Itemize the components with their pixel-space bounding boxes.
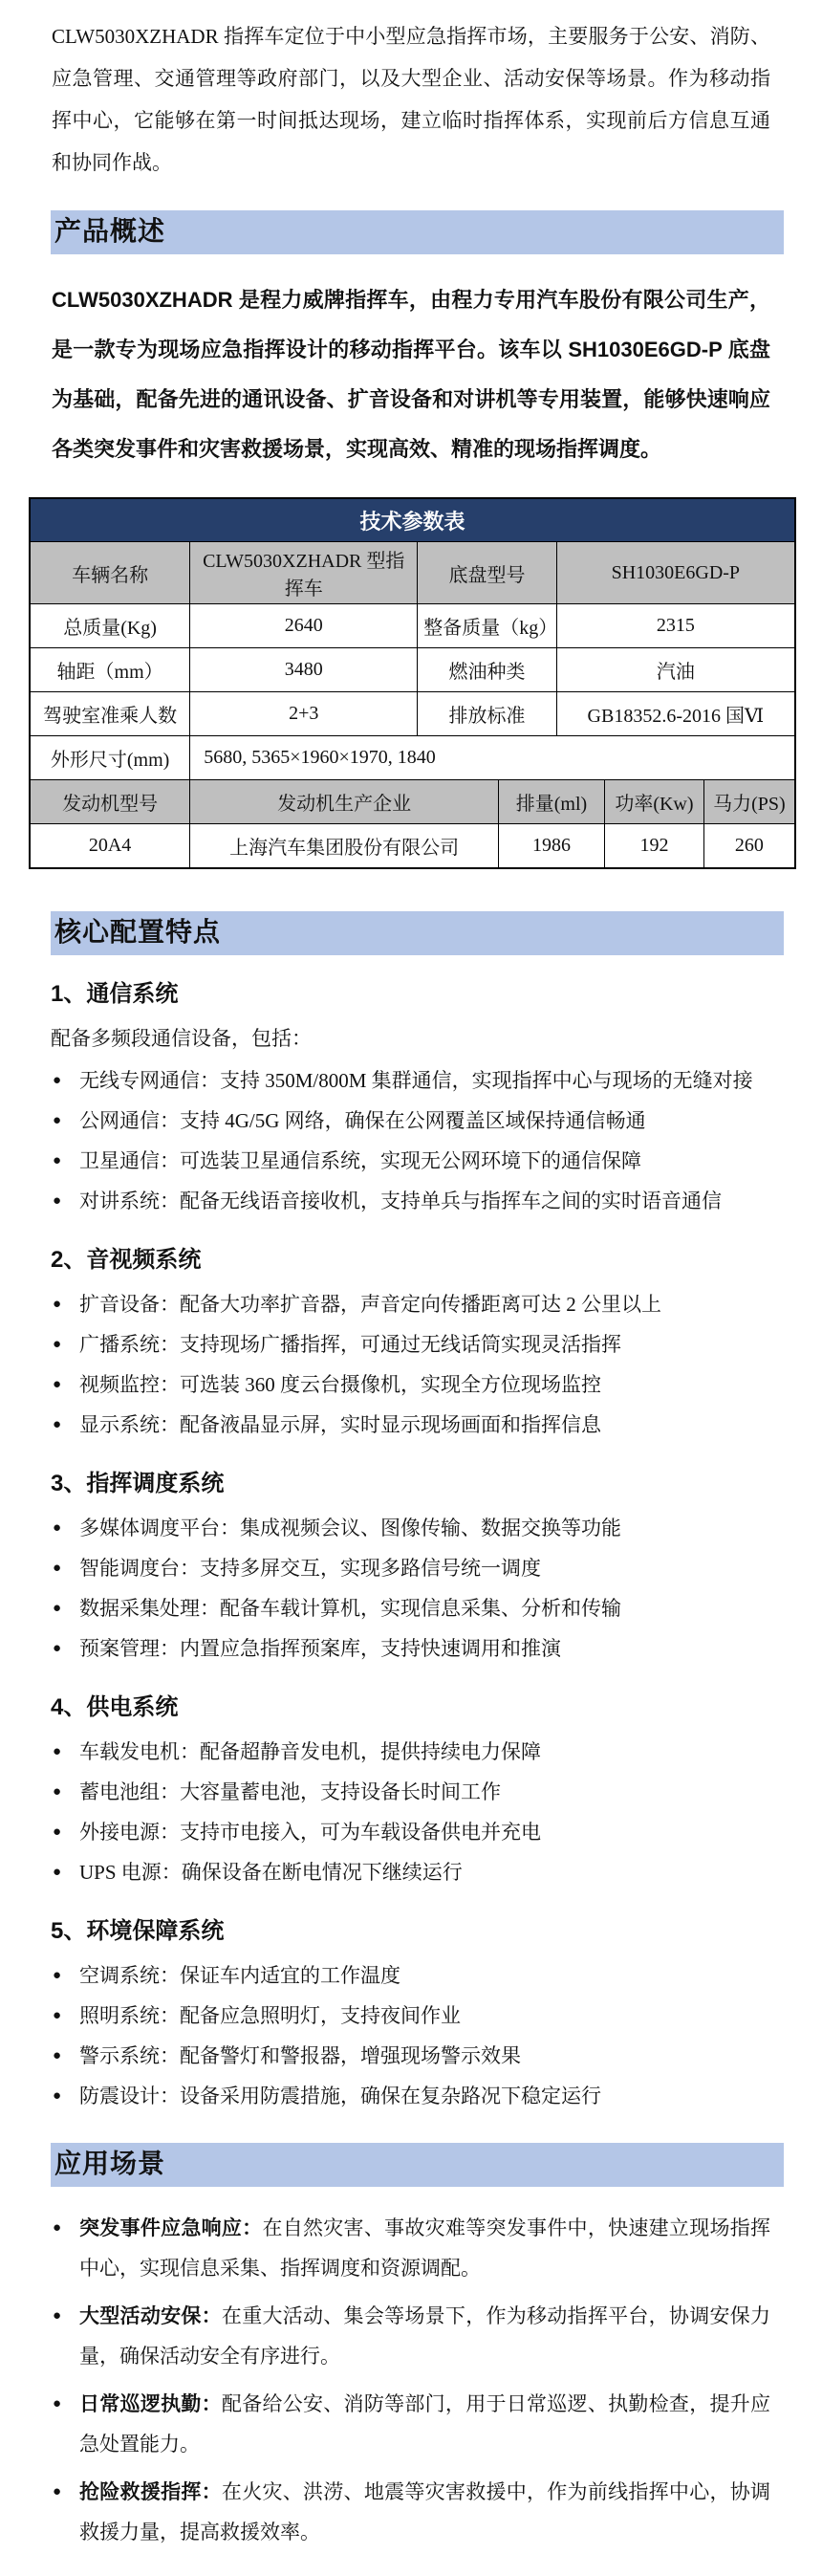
bullet-icon: ● xyxy=(53,1405,79,1445)
feature-bullet: ●预案管理：内置应急指挥预案库，支持快速调用和推演 xyxy=(53,1628,770,1669)
bullet-icon: ● xyxy=(53,1548,79,1588)
bullet-icon: ● xyxy=(53,1588,79,1628)
feature-bullet-text: 无线专网通信：支持 350M/800M 集群通信，实现指挥中心与现场的无缝对接 xyxy=(79,1060,770,1101)
spec-cell: 排放标准 xyxy=(417,692,555,735)
feature-bullet: ●车载发电机：配备超静音发电机，提供持续电力保障 xyxy=(53,1732,770,1772)
overview-paragraph: CLW5030XZHADR 是程力威牌指挥车，由程力专用汽车股份有限公司生产，是… xyxy=(52,275,770,474)
bullet-icon: ● xyxy=(53,1324,79,1364)
application-item: ●日常巡逻执勤：配备给公安、消防等部门，用于日常巡逻、执勤检查，提升应急处置能力… xyxy=(53,2384,770,2464)
spec-cell: 驾驶室准乘人数 xyxy=(31,692,189,735)
spec-cell: 整备质量（kg） xyxy=(417,604,555,647)
spec-cell: 5680, 5365×1960×1970, 1840 xyxy=(189,736,794,779)
feature-bullet: ●对讲系统：配备无线语音接收机，支持单兵与指挥车之间的实时语音通信 xyxy=(53,1181,770,1221)
feature-bullet: ●智能调度台：支持多屏交互，实现多路信号统一调度 xyxy=(53,1548,770,1588)
feature-bullet: ●照明系统：配备应急照明灯，支持夜间作业 xyxy=(53,1996,770,2036)
spec-cell: 外形尺寸(mm) xyxy=(31,736,189,779)
feature-group-heading: 3、指挥调度系统 xyxy=(51,1468,770,1500)
feature-group-heading: 1、通信系统 xyxy=(51,978,770,1011)
bullet-icon: ● xyxy=(53,1060,79,1101)
bullet-icon: ● xyxy=(53,2472,79,2552)
spec-cell: 260 xyxy=(703,824,794,867)
feature-group-heading: 5、环境保障系统 xyxy=(51,1915,770,1948)
spec-cell: 2315 xyxy=(556,604,794,647)
section-header-overview: 产品概述 xyxy=(51,210,784,254)
spec-cell: 功率(Kw) xyxy=(604,780,703,823)
spec-cell: 3480 xyxy=(189,648,417,691)
spec-table: 技术参数表 车辆名称CLW5030XZHADR 型指挥车底盘型号SH1030E6… xyxy=(29,497,796,869)
bullet-icon: ● xyxy=(53,1628,79,1669)
feature-bullet-text: 视频监控：可选装 360 度云台摄像机，实现全方位现场监控 xyxy=(79,1364,770,1405)
spec-table-rows: 车辆名称CLW5030XZHADR 型指挥车底盘型号SH1030E6GD-P总质… xyxy=(31,542,794,867)
feature-group: 2、音视频系统●扩音设备：配备大功率扩音器，声音定向传播距离可达 2 公里以上●… xyxy=(0,1244,822,1445)
feature-bullet-text: 车载发电机：配备超静音发电机，提供持续电力保障 xyxy=(79,1732,770,1772)
feature-bullet: ●警示系统：配备警灯和警报器，增强现场警示效果 xyxy=(53,2036,770,2076)
feature-group-heading: 2、音视频系统 xyxy=(51,1244,770,1277)
feature-bullet: ●防震设计：设备采用防震措施，确保在复杂路况下稳定运行 xyxy=(53,2076,770,2116)
feature-bullet-text: 卫星通信：可选装卫星通信系统，实现无公网环境下的通信保障 xyxy=(79,1141,770,1181)
application-item-text: 抢险救援指挥：在火灾、洪涝、地震等灾害救援中，作为前线指挥中心，协调救援力量，提… xyxy=(79,2472,770,2552)
feature-bullet-text: 预案管理：内置应急指挥预案库，支持快速调用和推演 xyxy=(79,1628,770,1669)
feature-bullet-text: 蓄电池组：大容量蓄电池，支持设备长时间工作 xyxy=(79,1772,770,1812)
feature-groups: 1、通信系统配备多频段通信设备，包括：●无线专网通信：支持 350M/800M … xyxy=(0,978,822,2116)
bullet-icon: ● xyxy=(53,1732,79,1772)
application-item-text: 日常巡逻执勤：配备给公安、消防等部门，用于日常巡逻、执勤检查，提升应急处置能力。 xyxy=(79,2384,770,2464)
spec-cell: 汽油 xyxy=(556,648,794,691)
application-item-text: 突发事件应急响应：在自然灾害、事故灾难等突发事件中，快速建立现场指挥中心，实现信… xyxy=(79,2208,770,2288)
bullet-icon: ● xyxy=(53,1996,79,2036)
application-item: ●突发事件应急响应：在自然灾害、事故灾难等突发事件中，快速建立现场指挥中心，实现… xyxy=(53,2208,770,2288)
feature-bullet: ●广播系统：支持现场广播指挥，可通过无线话筒实现灵活指挥 xyxy=(53,1324,770,1364)
feature-bullet-text: 数据采集处理：配备车载计算机，实现信息采集、分析和传输 xyxy=(79,1588,770,1628)
spec-row: 车辆名称CLW5030XZHADR 型指挥车底盘型号SH1030E6GD-P xyxy=(31,542,794,603)
feature-bullet: ●UPS 电源：确保设备在断电情况下继续运行 xyxy=(53,1852,770,1892)
spec-cell: 排量(ml) xyxy=(498,780,604,823)
bullet-icon: ● xyxy=(53,1101,79,1141)
feature-bullet: ●数据采集处理：配备车载计算机，实现信息采集、分析和传输 xyxy=(53,1588,770,1628)
application-label: 抢险救援指挥： xyxy=(79,2480,222,2503)
feature-bullet: ●蓄电池组：大容量蓄电池，支持设备长时间工作 xyxy=(53,1772,770,1812)
feature-bullet-text: 外接电源：支持市电接入，可为车载设备供电并充电 xyxy=(79,1812,770,1852)
feature-group: 4、供电系统●车载发电机：配备超静音发电机，提供持续电力保障●蓄电池组：大容量蓄… xyxy=(0,1692,822,1892)
feature-bullet-text: 空调系统：保证车内适宜的工作温度 xyxy=(79,1955,770,1996)
bullet-icon: ● xyxy=(53,1955,79,1996)
feature-group-lead: 配备多频段通信设备，包括： xyxy=(51,1018,770,1059)
spec-cell: 2+3 xyxy=(189,692,417,735)
feature-bullet: ●多媒体调度平台：集成视频会议、图像传输、数据交换等功能 xyxy=(53,1508,770,1548)
feature-bullet: ●外接电源：支持市电接入，可为车载设备供电并充电 xyxy=(53,1812,770,1852)
page: { "intro": "CLW5030XZHADR 指挥车定位于中小型应急指挥市… xyxy=(0,15,822,2576)
feature-bullet-text: 广播系统：支持现场广播指挥，可通过无线话筒实现灵活指挥 xyxy=(79,1324,770,1364)
application-label: 日常巡逻执勤： xyxy=(79,2392,222,2415)
application-item-text: 大型活动安保：在重大活动、集会等场景下，作为移动指挥平台，协调安保力量，确保活动… xyxy=(79,2296,770,2376)
spec-cell: 1986 xyxy=(498,824,604,867)
spec-cell: 燃油种类 xyxy=(417,648,555,691)
feature-bullet: ●卫星通信：可选装卫星通信系统，实现无公网环境下的通信保障 xyxy=(53,1141,770,1181)
bullet-icon: ● xyxy=(53,2296,79,2376)
application-items: ●突发事件应急响应：在自然灾害、事故灾难等突发事件中，快速建立现场指挥中心，实现… xyxy=(0,2208,822,2552)
spec-row: 轴距（mm）3480燃油种类汽油 xyxy=(31,647,794,691)
bullet-icon: ● xyxy=(53,1772,79,1812)
spec-cell: 20A4 xyxy=(31,824,189,867)
feature-bullet-text: 公网通信：支持 4G/5G 网络，确保在公网覆盖区域保持通信畅通 xyxy=(79,1101,770,1141)
section-header-applications: 应用场景 xyxy=(51,2143,784,2187)
feature-bullet: ●扩音设备：配备大功率扩音器，声音定向传播距离可达 2 公里以上 xyxy=(53,1284,770,1324)
bullet-icon: ● xyxy=(53,1181,79,1221)
spec-row: 总质量(Kg)2640整备质量（kg）2315 xyxy=(31,603,794,647)
application-label: 突发事件应急响应： xyxy=(79,2216,262,2239)
feature-bullet-text: 照明系统：配备应急照明灯，支持夜间作业 xyxy=(79,1996,770,2036)
spec-row: 发动机型号发动机生产企业排量(ml)功率(Kw)马力(PS) xyxy=(31,779,794,823)
spec-cell: 马力(PS) xyxy=(703,780,794,823)
section-header-features: 核心配置特点 xyxy=(51,911,784,955)
bullet-icon: ● xyxy=(53,2208,79,2288)
feature-group-heading: 4、供电系统 xyxy=(51,1692,770,1724)
spec-cell: 2640 xyxy=(189,604,417,647)
application-item: ●大型活动安保：在重大活动、集会等场景下，作为移动指挥平台，协调安保力量，确保活… xyxy=(53,2296,770,2376)
feature-bullet-text: 防震设计：设备采用防震措施，确保在复杂路况下稳定运行 xyxy=(79,2076,770,2116)
intro-paragraph: CLW5030XZHADR 指挥车定位于中小型应急指挥市场，主要服务于公安、消防… xyxy=(52,15,770,184)
spec-row: 驾驶室准乘人数2+3排放标准GB18352.6-2016 国Ⅵ xyxy=(31,691,794,735)
spec-row: 外形尺寸(mm)5680, 5365×1960×1970, 1840 xyxy=(31,735,794,779)
spec-cell: 发动机型号 xyxy=(31,780,189,823)
spec-cell: GB18352.6-2016 国Ⅵ xyxy=(556,692,794,735)
bullet-icon: ● xyxy=(53,1284,79,1324)
feature-bullet-text: 显示系统：配备液晶显示屏，实时显示现场画面和指挥信息 xyxy=(79,1405,770,1445)
feature-bullet: ●公网通信：支持 4G/5G 网络，确保在公网覆盖区域保持通信畅通 xyxy=(53,1101,770,1141)
feature-bullet-text: 警示系统：配备警灯和警报器，增强现场警示效果 xyxy=(79,2036,770,2076)
bullet-icon: ● xyxy=(53,1141,79,1181)
spec-cell: 192 xyxy=(604,824,703,867)
bullet-icon: ● xyxy=(53,1508,79,1548)
feature-bullet: ●显示系统：配备液晶显示屏，实时显示现场画面和指挥信息 xyxy=(53,1405,770,1445)
application-item: ●抢险救援指挥：在火灾、洪涝、地震等灾害救援中，作为前线指挥中心，协调救援力量，… xyxy=(53,2472,770,2552)
bullet-icon: ● xyxy=(53,2036,79,2076)
feature-group: 5、环境保障系统●空调系统：保证车内适宜的工作温度●照明系统：配备应急照明灯，支… xyxy=(0,1915,822,2116)
spec-cell: CLW5030XZHADR 型指挥车 xyxy=(189,542,417,603)
spec-cell: 底盘型号 xyxy=(417,542,555,603)
feature-bullet-text: 智能调度台：支持多屏交互，实现多路信号统一调度 xyxy=(79,1548,770,1588)
spec-cell: 发动机生产企业 xyxy=(189,780,498,823)
feature-bullet-text: 对讲系统：配备无线语音接收机，支持单兵与指挥车之间的实时语音通信 xyxy=(79,1181,770,1221)
feature-bullet: ●视频监控：可选装 360 度云台摄像机，实现全方位现场监控 xyxy=(53,1364,770,1405)
spec-cell: 总质量(Kg) xyxy=(31,604,189,647)
spec-cell: 上海汽车集团股份有限公司 xyxy=(189,824,498,867)
feature-bullet-text: 多媒体调度平台：集成视频会议、图像传输、数据交换等功能 xyxy=(79,1508,770,1548)
bullet-icon: ● xyxy=(53,1812,79,1852)
spec-table-title: 技术参数表 xyxy=(31,499,794,542)
spec-cell: 车辆名称 xyxy=(31,542,189,603)
feature-group: 1、通信系统配备多频段通信设备，包括：●无线专网通信：支持 350M/800M … xyxy=(0,978,822,1221)
application-label: 大型活动安保： xyxy=(79,2304,222,2327)
feature-bullet-text: UPS 电源：确保设备在断电情况下继续运行 xyxy=(79,1852,770,1892)
feature-bullet-text: 扩音设备：配备大功率扩音器，声音定向传播距离可达 2 公里以上 xyxy=(79,1284,770,1324)
spec-row: 20A4上海汽车集团股份有限公司1986192260 xyxy=(31,823,794,867)
bullet-icon: ● xyxy=(53,1364,79,1405)
feature-bullet: ●空调系统：保证车内适宜的工作温度 xyxy=(53,1955,770,1996)
spec-cell: SH1030E6GD-P xyxy=(556,542,794,603)
bullet-icon: ● xyxy=(53,2076,79,2116)
bullet-icon: ● xyxy=(53,1852,79,1892)
spec-cell: 轴距（mm） xyxy=(31,648,189,691)
bullet-icon: ● xyxy=(53,2384,79,2464)
feature-group: 3、指挥调度系统●多媒体调度平台：集成视频会议、图像传输、数据交换等功能●智能调… xyxy=(0,1468,822,1669)
feature-bullet: ●无线专网通信：支持 350M/800M 集群通信，实现指挥中心与现场的无缝对接 xyxy=(53,1060,770,1101)
